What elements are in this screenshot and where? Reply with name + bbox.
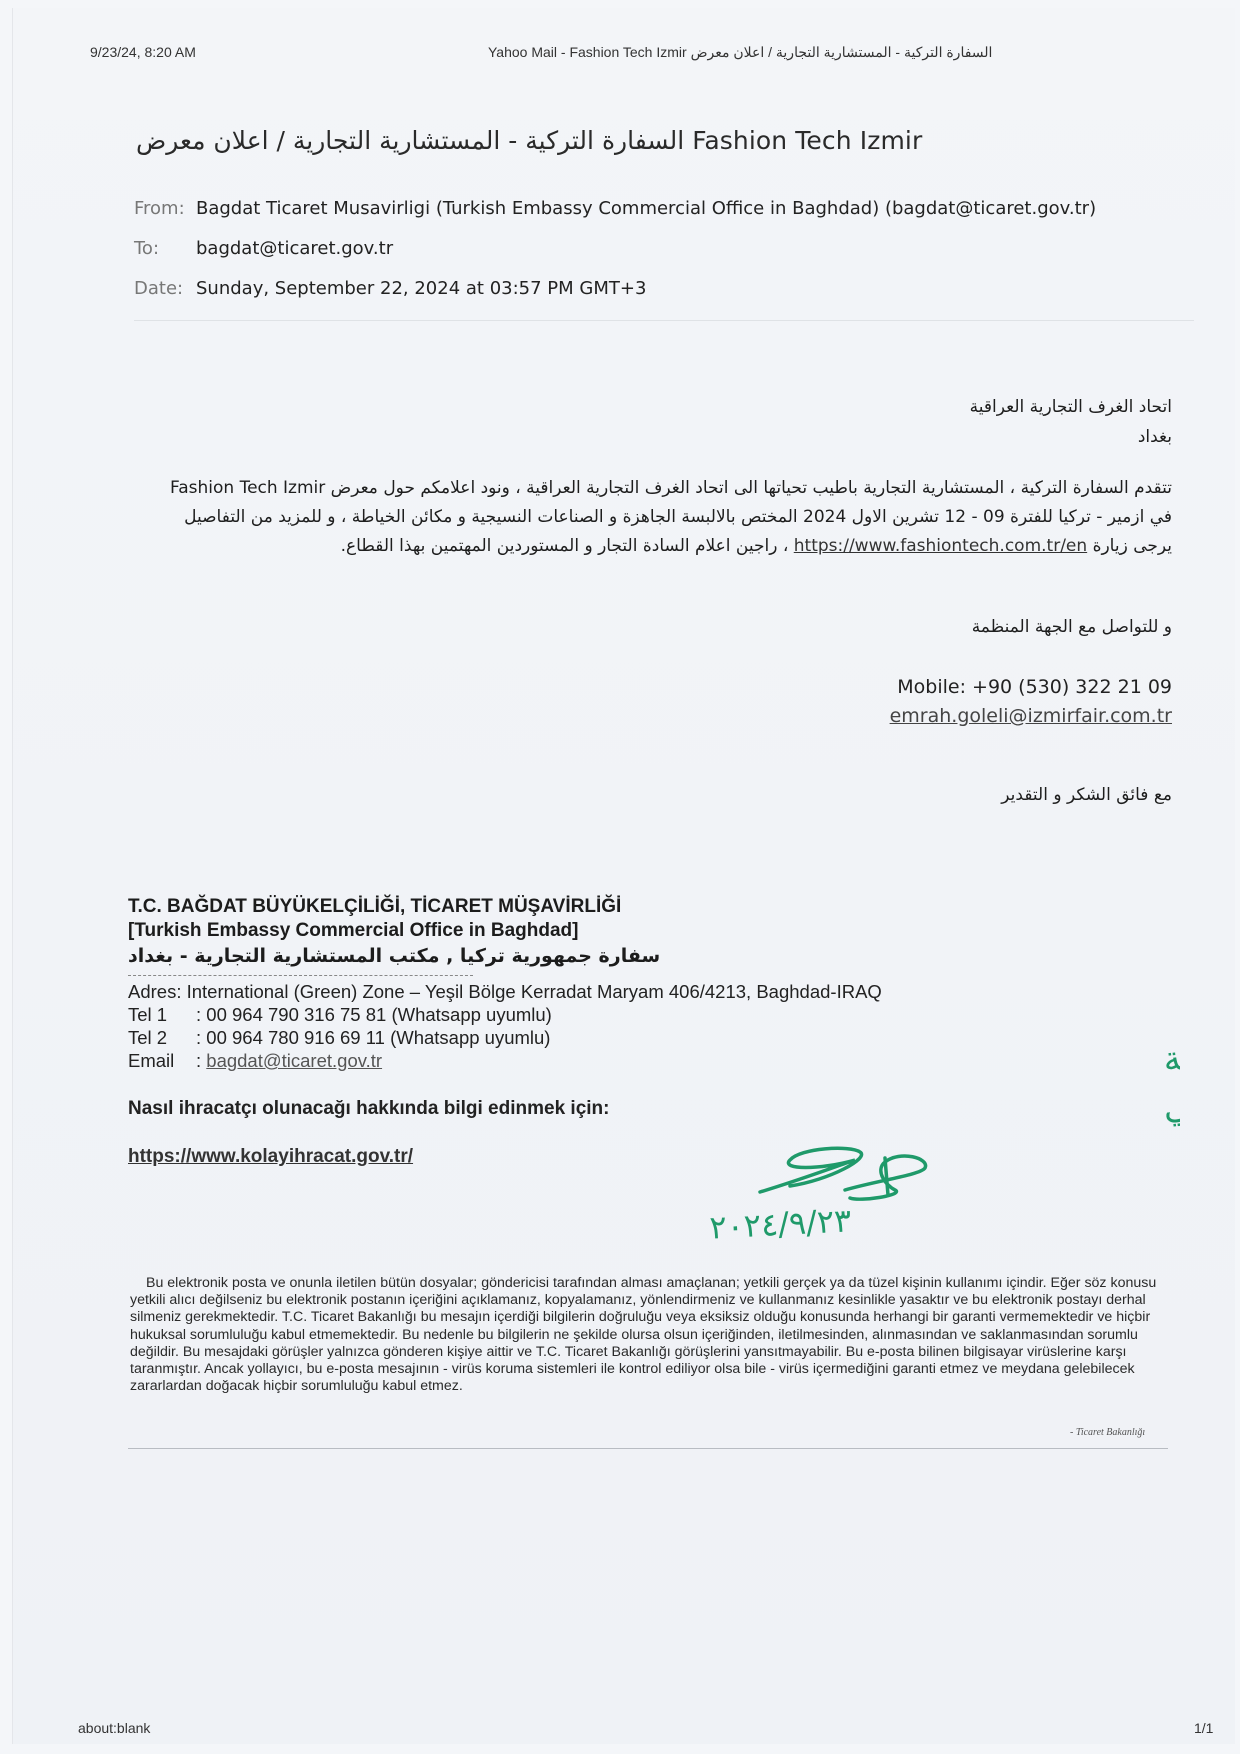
body-paragraph: تتقدم السفارة التركية ، المستشارية التجا… [152,474,1172,561]
to-value: bagdat@ticaret.gov.tr [196,238,393,259]
header-divider [134,320,1194,321]
date-label: Date: [134,278,196,299]
email-to-row: To:bagdat@ticaret.gov.tr [134,238,393,259]
tel2-value: : 00 964 780 916 69 11 (Whatsapp uyumlu) [196,1027,550,1048]
fashiontech-link[interactable]: https://www.fashiontech.com.tr/en [794,536,1087,556]
organizer-email-link[interactable]: emrah.goleli@izmirfair.com.tr [890,705,1172,727]
signature-org-ar: سفارة جمهورية تركيا , مكتب المستشارية ال… [128,945,882,967]
print-page-number: 1/1 [1194,1720,1213,1736]
scanned-page [12,8,1235,1744]
print-datetime: 9/23/24, 8:20 AM [90,44,196,60]
organizer-mobile: Mobile: +90 (530) 322 21 09 [897,676,1172,698]
date-value: Sunday, September 22, 2024 at 03:57 PM G… [196,278,646,299]
kolayihracat-link[interactable]: https://www.kolayihracat.gov.tr/ [128,1146,413,1168]
recipient-line-2: بغداد [970,422,1172,452]
from-label: From: [134,198,196,219]
annotation-line-1: الخدمات التجارية [1161,1020,1180,1080]
disclaimer-signoff: - Ticaret Bakanlığı [1070,1427,1145,1438]
signature-dashed-divider [128,975,473,976]
address-value: International (Green) Zone – Yeşil Bölge… [187,981,882,1002]
email-subject: السفارة التركية - المستشارية التجارية / … [136,126,922,155]
signature-org-tr: T.C. BAĞDAT BÜYÜKELÇİLİĞİ, TİCARET MÜŞAV… [128,895,882,919]
email-label: Email [128,1049,196,1072]
print-footer-url: about:blank [78,1720,150,1736]
disclaimer-divider [128,1448,1168,1449]
tel1-label: Tel 1 [128,1003,196,1026]
email-date-row: Date:Sunday, September 22, 2024 at 03:57… [134,278,646,299]
to-label: To: [134,238,196,259]
handwritten-signature-icon [760,1148,926,1199]
annotation-date: ٢٠٢٤/٩/٢٣ [709,1201,853,1246]
tel2-label: Tel 2 [128,1026,196,1049]
signature-org-en: [Turkish Embassy Commercial Office in Ba… [128,919,882,943]
address-row: Adres: International (Green) Zone – Yeşi… [128,980,882,1003]
address-label: Adres: [128,981,181,1002]
print-page-title: Yahoo Mail - Fashion Tech Izmir السفارة … [488,44,992,61]
handwritten-annotation: الخدمات التجارية موقع الغرفة الالكتروني … [680,1020,1180,1250]
exporter-info-heading: Nasıl ihracatçı olunacağı hakkında bilgi… [128,1098,609,1120]
contact-intro: و للتواصل مع الجهة المنظمة [972,617,1172,637]
legal-disclaimer: Bu elektronik posta ve onunla iletilen b… [130,1275,1175,1395]
closing-line: مع فائق الشكر و التقدير [1001,785,1172,805]
from-value: Bagdat Ticaret Musavirligi (Turkish Emba… [196,198,1096,219]
body-text-part-2: ، راجين اعلام السادة التجار و المستوردين… [341,536,789,556]
tel1-value: : 00 964 790 316 75 81 (Whatsapp uyumlu) [196,1004,552,1025]
recipient-block: اتحاد الغرف التجارية العراقية بغداد [970,392,1172,452]
email-from-row: From:Bagdat Ticaret Musavirligi (Turkish… [134,198,1096,219]
email-sep: : [196,1050,206,1071]
recipient-line-1: اتحاد الغرف التجارية العراقية [970,392,1172,422]
embassy-email-link[interactable]: bagdat@ticaret.gov.tr [206,1050,382,1071]
